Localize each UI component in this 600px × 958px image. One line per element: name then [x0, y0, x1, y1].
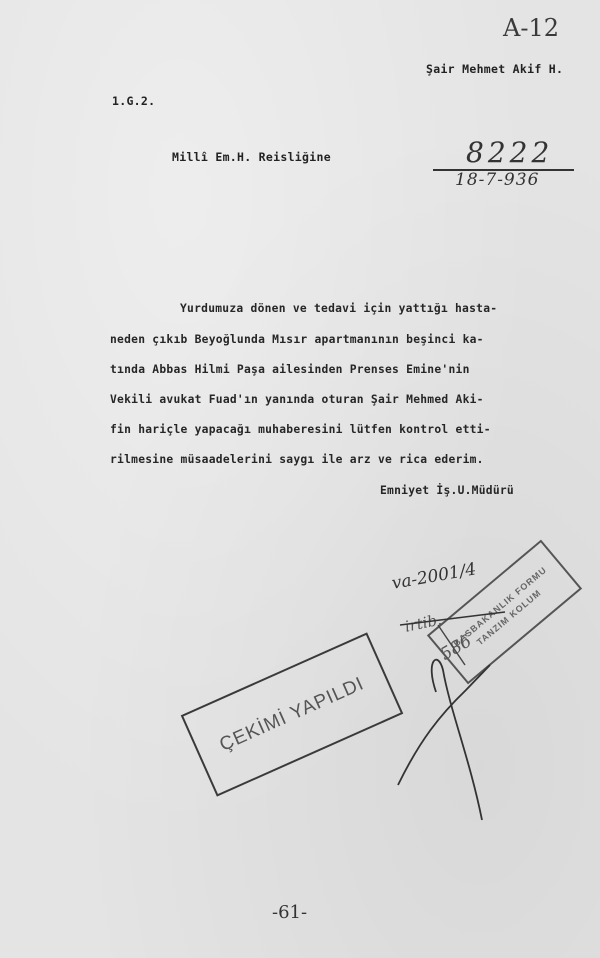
page-number: -61- [272, 902, 307, 923]
document-page: A-12 Şair Mehmet Akif H. 1.G.2. Millî Em… [0, 0, 600, 958]
handwriting-strokes [0, 0, 600, 958]
